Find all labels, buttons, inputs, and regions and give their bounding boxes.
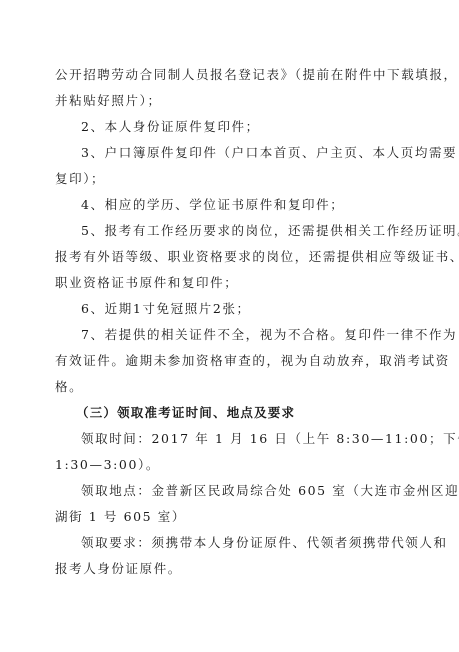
list-item-3: 3、户口簿原件复印件（户口本首页、户主页、本人页均需要: [81, 145, 407, 161]
pickup-time: 领取时间：2017 年 1 月 16 日（上午 8:30—11:00；下午: [81, 431, 407, 447]
list-item-6: 6、近期1寸免冠照片2张；: [81, 301, 407, 317]
pickup-requirements: 领取要求：须携带本人身份证原件、代领者须携带代领人和: [81, 535, 407, 551]
text-line: 湖街 1 号 605 室）: [55, 509, 407, 525]
text-line: 1:30—3:00）。: [55, 457, 407, 473]
list-item-2: 2、本人身份证原件复印件；: [81, 119, 407, 135]
section-heading-3: （三）领取准考证时间、地点及要求: [76, 405, 402, 421]
text-line: 并粘贴好照片）；: [55, 93, 407, 109]
text-line: 职业资格证书原件和复印件；: [55, 275, 407, 291]
text-line: 有效证件。逾期未参加资格审查的，视为自动放弃，取消考试资: [55, 353, 407, 369]
list-item-4: 4、相应的学历、学位证书原件和复印件；: [81, 197, 407, 213]
text-line: 格。: [55, 379, 407, 395]
document-page: 公开招聘劳动合同制人员报名登记表》（提前在附件中下载填报， 并粘贴好照片）； 2…: [0, 0, 459, 652]
text-line: 报考有外语等级、职业资格要求的岗位，还需提供相应等级证书、: [55, 249, 407, 265]
text-line: 复印）；: [55, 171, 407, 187]
text-line: 报考人身份证原件。: [55, 561, 407, 577]
list-item-5: 5、报考有工作经历要求的岗位，还需提供相关工作经历证明。: [81, 223, 407, 239]
pickup-location: 领取地点：金普新区民政局综合处 605 室（大连市金州区迎: [81, 483, 407, 499]
list-item-7: 7、若提供的相关证件不全，视为不合格。复印件一律不作为: [81, 327, 407, 343]
text-line: 公开招聘劳动合同制人员报名登记表》（提前在附件中下载填报，: [55, 67, 407, 83]
